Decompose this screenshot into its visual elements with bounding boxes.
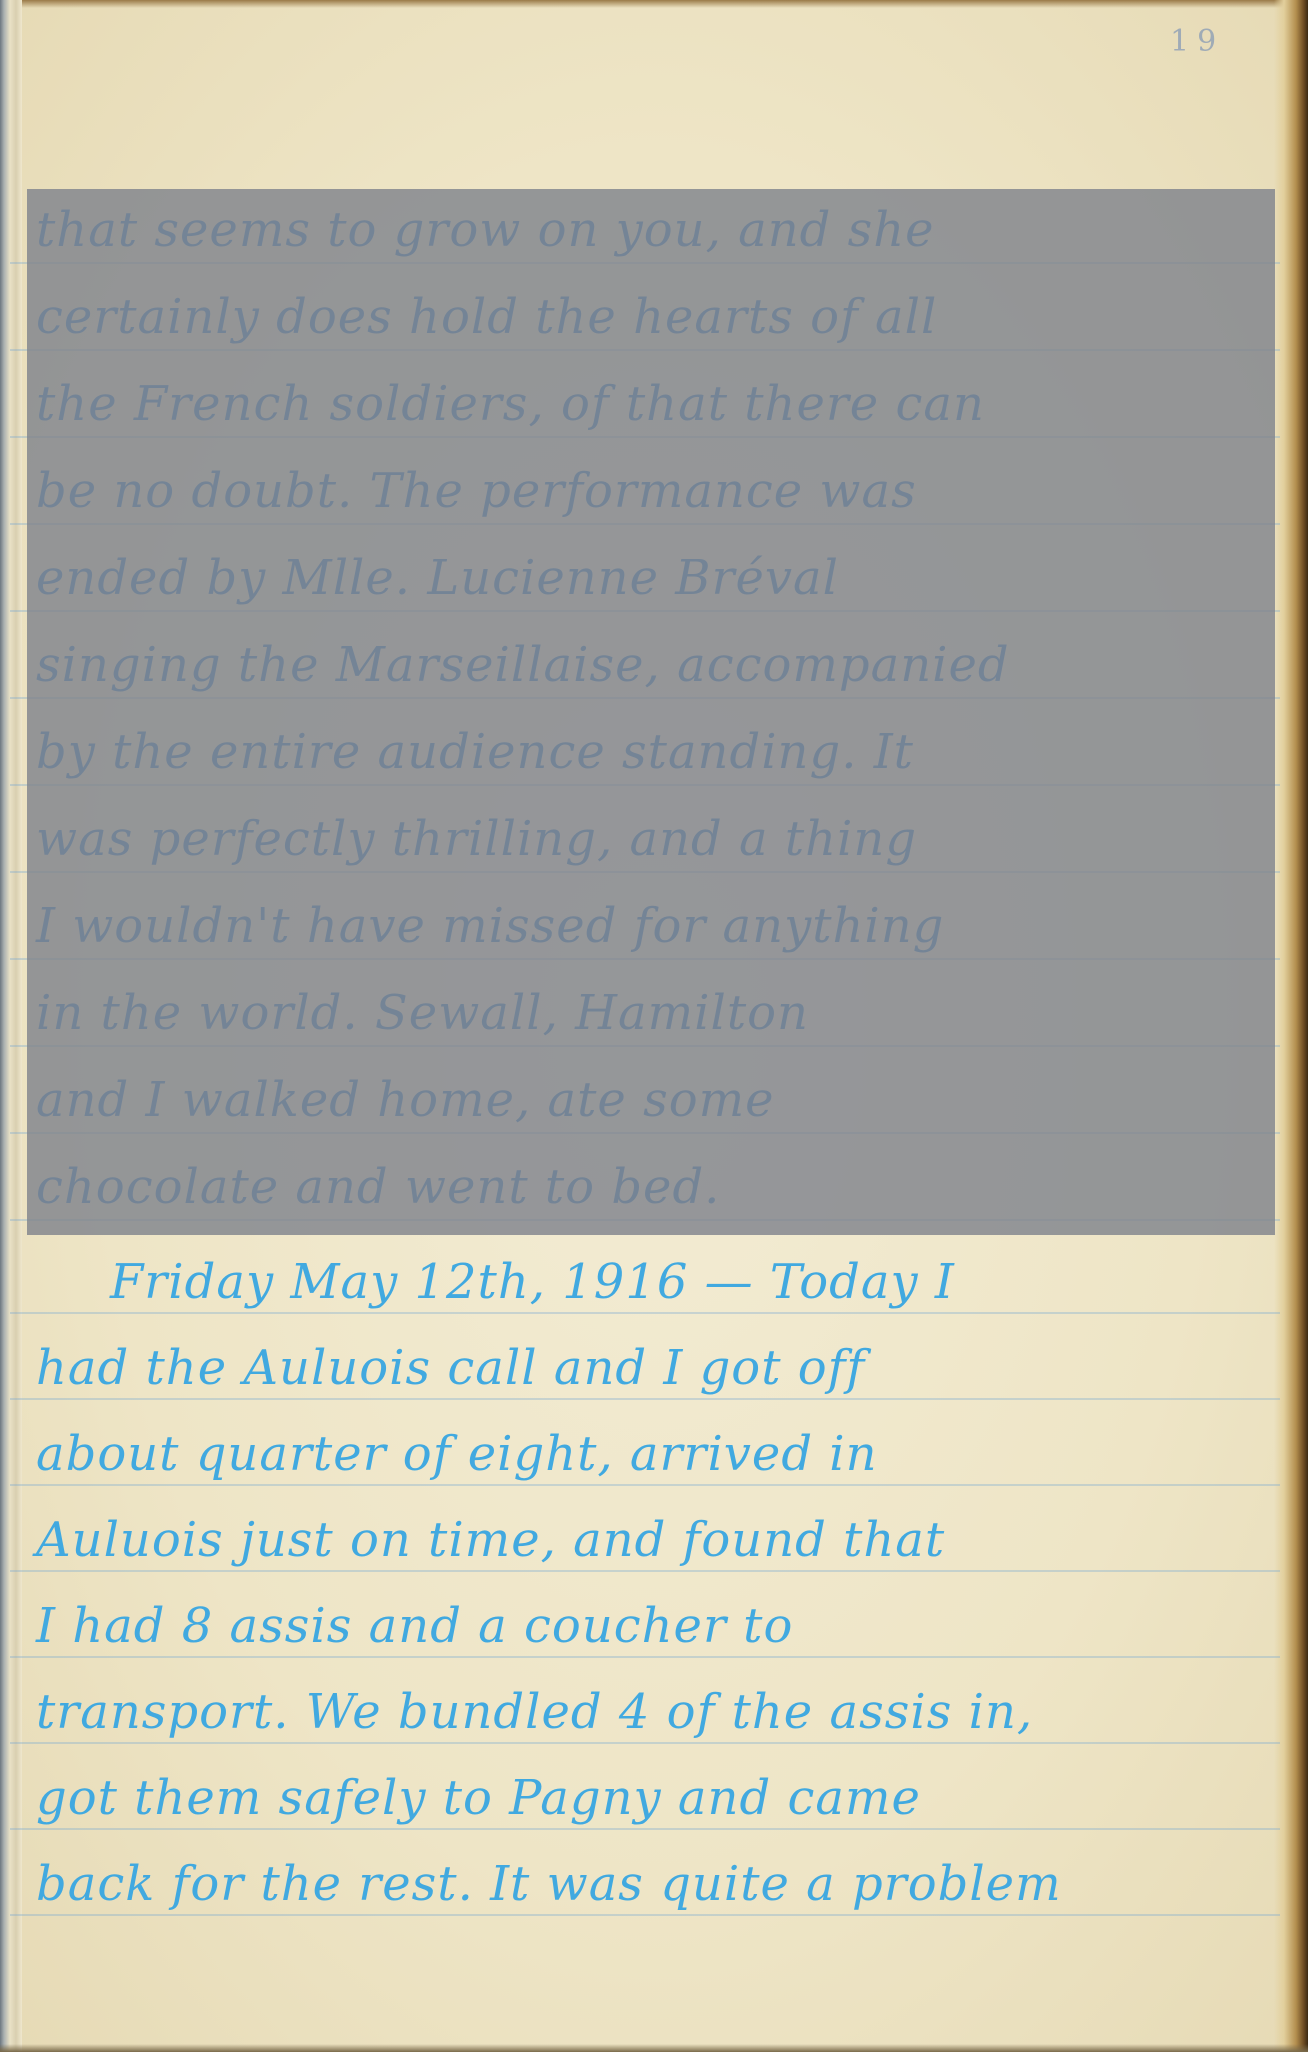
ruling-line [10,436,1280,438]
ruling-line [10,1398,1280,1400]
handwritten-line: and I walked home, ate some [36,1070,1276,1130]
handwritten-line: chocolate and went to bed. [36,1157,1276,1217]
ruling-line [10,262,1280,264]
ruling-line [10,349,1280,351]
handwritten-line: singing the Marseillaise, accompanied [36,635,1276,695]
ruling-line [10,1132,1280,1134]
handwritten-line: certainly does hold the hearts of all [36,287,1276,347]
handwritten-line: Auluois just on time, and found that [36,1510,1276,1570]
ruling-line [10,1312,1280,1314]
handwritten-line: that seems to grow on you, and she [36,200,1276,260]
handwritten-line: back for the rest. It was quite a proble… [36,1854,1276,1914]
handwritten-line: ended by Mlle. Lucienne Bréval [36,548,1276,608]
page-top-edge [0,0,1308,8]
page-right-edge [1274,0,1308,2052]
handwritten-line: transport. We bundled 4 of the assis in, [36,1682,1276,1742]
ruling-line [10,1914,1280,1916]
page-number: 19 [1170,24,1224,59]
ruling-line [10,610,1280,612]
handwritten-line: I wouldn't have missed for anything [36,896,1276,956]
ruling-line [10,697,1280,699]
ruling-line [10,1656,1280,1658]
ruling-line [10,1570,1280,1572]
handwritten-line: was perfectly thrilling, and a thing [36,809,1276,869]
ruling-line [10,1045,1280,1047]
ruling-line [10,871,1280,873]
handwritten-line: got them safely to Pagny and came [36,1768,1276,1828]
ruling-line [10,958,1280,960]
handwritten-line: the French soldiers, of that there can [36,374,1276,434]
ruling-line [10,1219,1280,1221]
handwritten-line: had the Auluois call and I got off [36,1338,1276,1398]
handwritten-line: about quarter of eight, arrived in [36,1424,1276,1484]
ruling-line [10,1484,1280,1486]
handwritten-line: I had 8 assis and a coucher to [36,1596,1276,1656]
diary-page: 19 that seems to grow on you, and she ce… [0,0,1308,2052]
ruling-line [10,1742,1280,1744]
ruling-line [10,1828,1280,1830]
book-binding [0,0,22,2052]
handwritten-line: in the world. Sewall, Hamilton [36,983,1276,1043]
page-bottom-edge [0,2044,1308,2052]
entry-heading-line: Friday May 12th, 1916 — Today I [110,1252,1308,1312]
handwritten-line: be no doubt. The performance was [36,461,1276,521]
ruling-line [10,784,1280,786]
ruling-line [10,523,1280,525]
handwritten-line: by the entire audience standing. It [36,722,1276,782]
